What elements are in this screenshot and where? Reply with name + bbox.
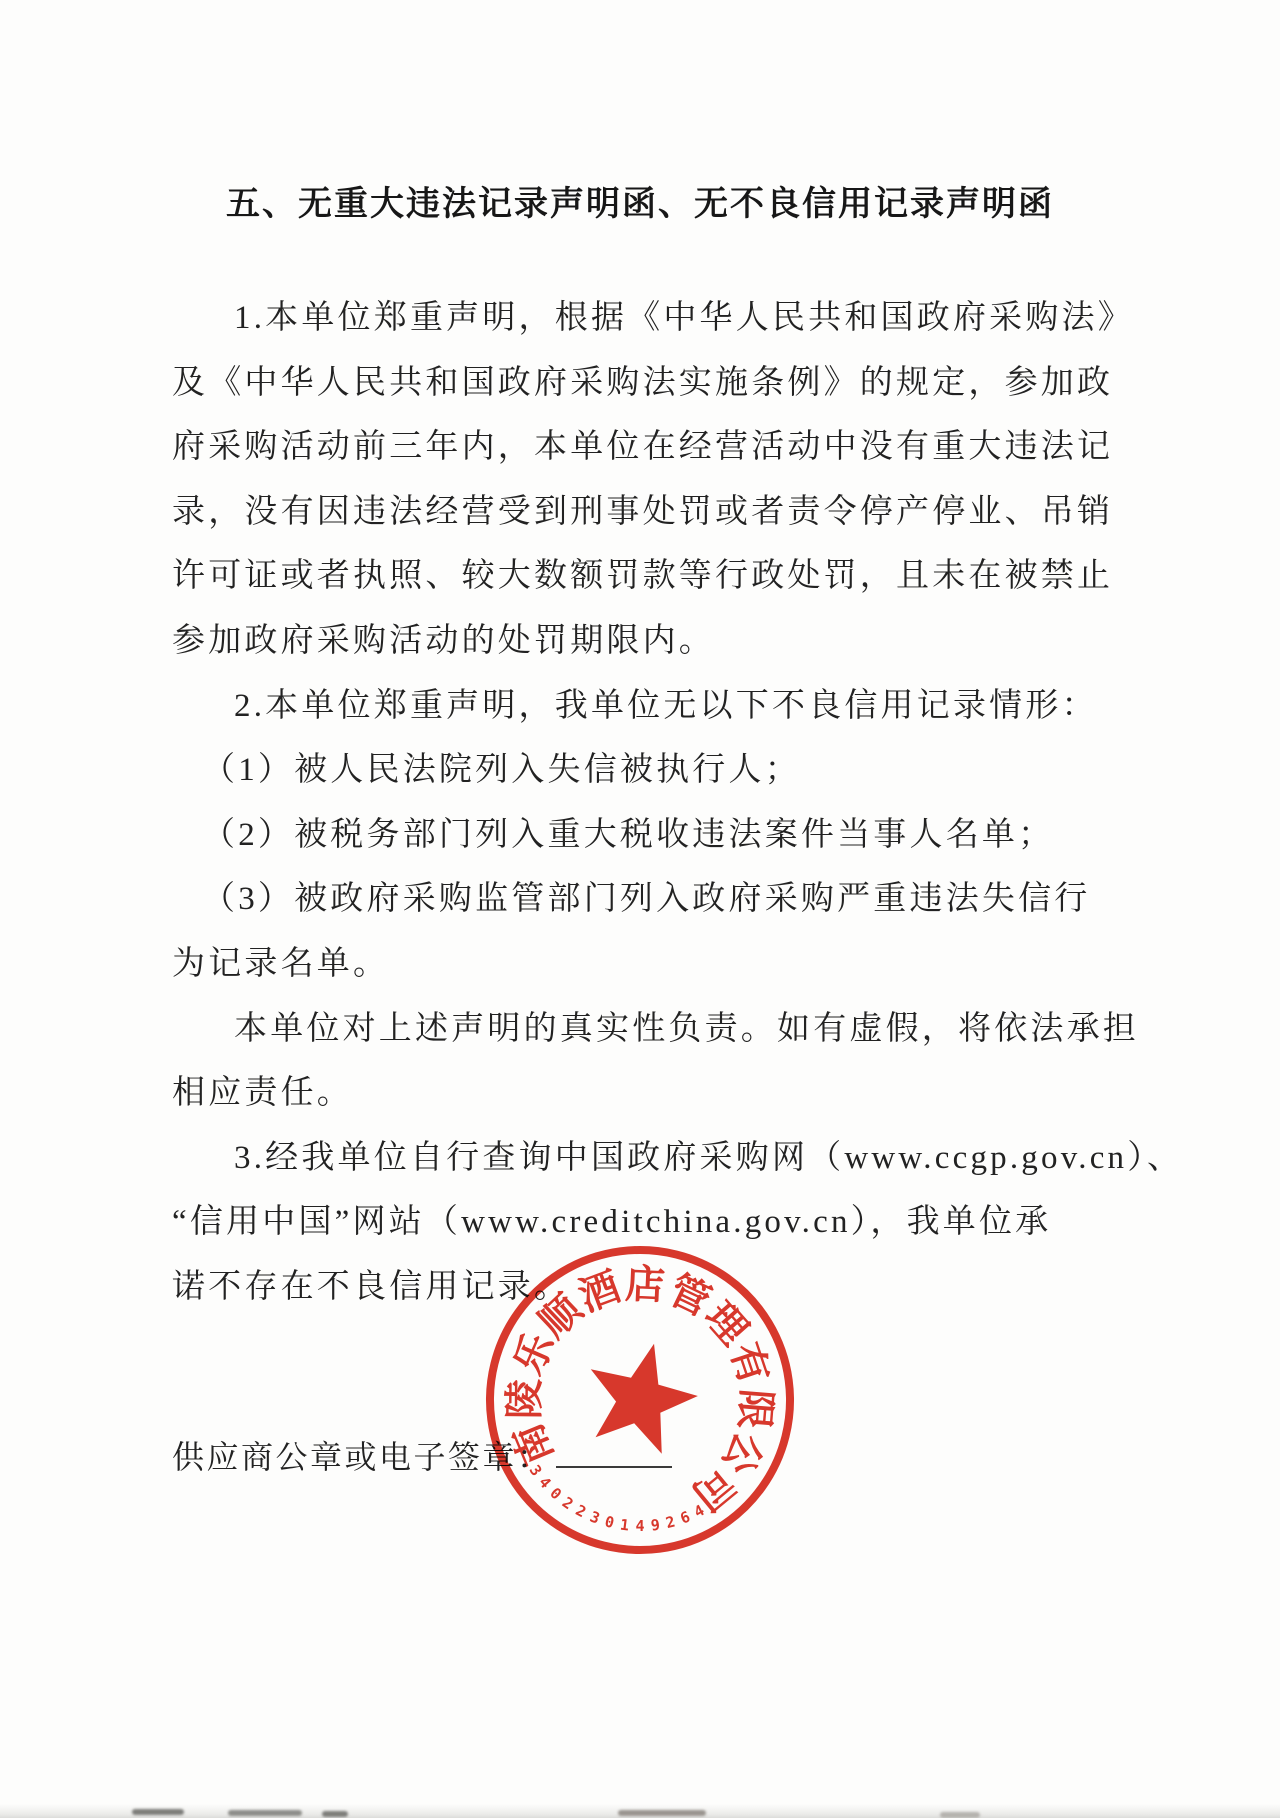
scan-edge-artifact bbox=[228, 1810, 302, 1816]
document-page: 五、无重大违法记录声明函、无不良信用记录声明函 1.本单位郑重声明，根据《中华人… bbox=[0, 0, 1280, 1818]
svg-text:南: 南 bbox=[505, 1417, 562, 1471]
scan-edge-artifact bbox=[618, 1810, 706, 1816]
svg-text:1: 1 bbox=[619, 1516, 630, 1535]
svg-text:9: 9 bbox=[650, 1516, 661, 1535]
scan-edge-artifact bbox=[132, 1809, 184, 1815]
seal-serial-number: 3402230149264 bbox=[516, 1459, 710, 1554]
body-line-item-1: （1）被人民法院列入失信被执行人； bbox=[172, 738, 1137, 803]
body-line-item-3: （3）被政府采购监管部门列入政府采购严重违法失信行 bbox=[172, 867, 1137, 932]
svg-text:0: 0 bbox=[603, 1512, 616, 1532]
body-line: 本单位对上述声明的真实性负责。如有虚假，将依法承担 bbox=[172, 997, 1137, 1062]
body-line: 为记录名单。 bbox=[172, 932, 1137, 997]
page-title: 五、无重大违法记录声明函、无不良信用记录声明函 bbox=[0, 176, 1280, 225]
body-line: 录，没有因违法经营受到刑事处罚或者责令停产停业、吊销 bbox=[172, 480, 1137, 545]
svg-text:2: 2 bbox=[559, 1493, 577, 1513]
svg-text:4: 4 bbox=[535, 1473, 555, 1492]
scan-edge-artifact bbox=[940, 1812, 980, 1818]
svg-text:陵: 陵 bbox=[502, 1379, 547, 1419]
body-line-item-2: （2）被税务部门列入重大税收违法案件当事人名单； bbox=[172, 803, 1137, 868]
svg-text:4: 4 bbox=[635, 1517, 644, 1535]
body-line: 2.本单位郑重声明，我单位无以下不良信用记录情形： bbox=[172, 674, 1137, 739]
body-line: 1.本单位郑重声明，根据《中华人民共和国政府采购法》 bbox=[172, 286, 1137, 351]
body-line: 3.经我单位自行查询中国政府采购网（www.ccgp.gov.cn）、 bbox=[172, 1126, 1137, 1191]
body-line: 相应责任。 bbox=[172, 1061, 1137, 1126]
svg-text:店: 店 bbox=[624, 1261, 666, 1308]
company-seal-stamp: 南陵乐顺酒店管理有限公司 3402230149264 bbox=[478, 1238, 802, 1562]
svg-text:2: 2 bbox=[573, 1501, 589, 1521]
star-icon bbox=[575, 1330, 707, 1458]
svg-text:0: 0 bbox=[546, 1484, 565, 1503]
body-line: 府采购活动前三年内，本单位在经营活动中没有重大违法记 bbox=[172, 415, 1137, 480]
svg-text:2: 2 bbox=[664, 1512, 677, 1532]
svg-text:6: 6 bbox=[678, 1508, 693, 1528]
scan-edge-artifact bbox=[322, 1811, 348, 1817]
body-line: 参加政府采购活动的处罚期限内。 bbox=[172, 609, 1137, 674]
body-line: 及《中华人民共和国政府采购法实施条例》的规定，参加政 bbox=[172, 351, 1137, 416]
body-line: 许可证或者执照、较大数额罚款等行政处罚，且未在被禁止 bbox=[172, 544, 1137, 609]
svg-text:限: 限 bbox=[731, 1387, 779, 1430]
declaration-body: 1.本单位郑重声明，根据《中华人民共和国政府采购法》 及《中华人民共和国政府采购… bbox=[172, 286, 1137, 1320]
svg-text:3: 3 bbox=[587, 1508, 602, 1528]
